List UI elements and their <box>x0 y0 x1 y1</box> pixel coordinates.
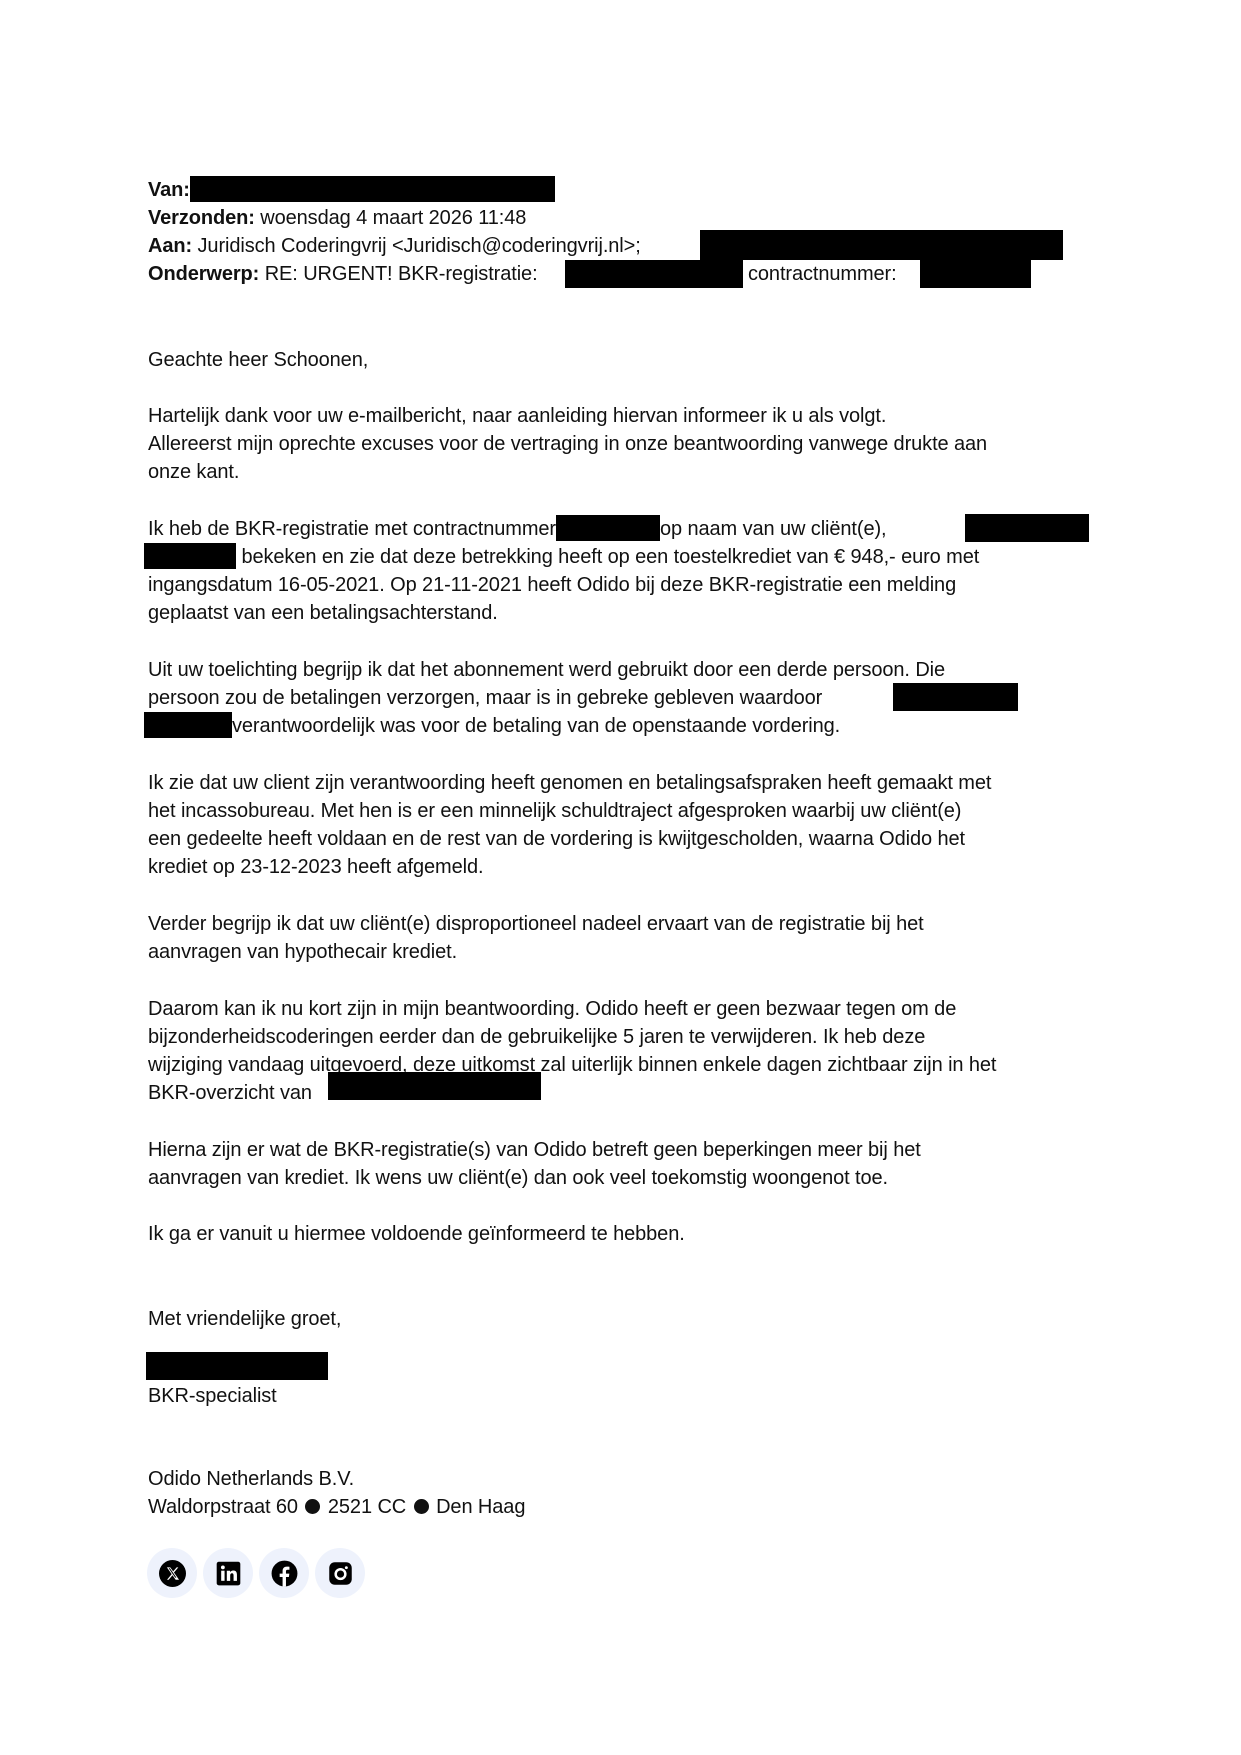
p6-line: Daarom kan ik nu kort zijn in mijn beant… <box>148 995 956 1023</box>
subject-line: Onderwerp: RE: URGENT! BKR-registratie: <box>148 260 538 288</box>
p7-line: Hierna zijn er wat de BKR-registratie(s)… <box>148 1136 921 1164</box>
sent-label: Verzonden: <box>148 207 255 229</box>
p6-line: BKR-overzicht van <box>148 1079 312 1107</box>
p4-line: Ik zie dat uw client zijn verantwoording… <box>148 769 991 797</box>
to-line: Aan: Juridisch Coderingvrij <Juridisch@c… <box>148 232 641 260</box>
p6-line: wijziging vandaag uitgevoerd, deze uitko… <box>148 1051 996 1079</box>
p2-line: geplaatst van een betalingsachterstand. <box>148 599 498 627</box>
redacted-signer-name <box>146 1352 328 1380</box>
signer-role: BKR-specialist <box>148 1382 277 1410</box>
p6-line: bijzonderheidscoderingen eerder dan de g… <box>148 1023 925 1051</box>
p2-text: bekeken en zie dat deze betrekking heeft… <box>236 546 979 568</box>
p8-line: Ik ga er vanuit u hiermee voldoende geïn… <box>148 1220 685 1248</box>
facebook-icon <box>271 1560 298 1587</box>
p3-line: persoon zou de betalingen verzorgen, maa… <box>148 684 822 712</box>
redacted-contract-number <box>920 260 1031 288</box>
address-city: Den Haag <box>436 1496 525 1518</box>
p2-line: ingangsdatum 16-05-2021. Op 21-11-2021 h… <box>148 571 956 599</box>
subject-value: RE: URGENT! BKR-registratie: <box>265 263 538 285</box>
instagram-icon <box>327 1560 354 1587</box>
closing: Met vriendelijke groet, <box>148 1305 341 1333</box>
p4-line: krediet op 23-12-2023 heeft afgemeld. <box>148 853 483 881</box>
redacted-contract-number <box>556 515 660 541</box>
p2-line: Ik heb de BKR-registratie met contractnu… <box>148 515 887 543</box>
p5-line: Verder begrijp ik dat uw cliënt(e) dispr… <box>148 910 924 938</box>
from-line: Van: <box>148 176 555 204</box>
p4-line: een gedeelte heeft voldaan en de rest va… <box>148 825 965 853</box>
bullet-icon <box>414 1499 429 1514</box>
p3-line: verantwoordelijk was voor de betaling va… <box>144 712 840 740</box>
sent-line: Verzonden: woensdag 4 maart 2026 11:48 <box>148 204 526 232</box>
p5-line: aanvragen van hypothecair krediet. <box>148 938 457 966</box>
p2-text: Ik heb de BKR-registratie met contractnu… <box>148 518 556 540</box>
p1-line: Hartelijk dank voor uw e-mailbericht, na… <box>148 402 886 430</box>
redacted-sender <box>190 176 555 202</box>
redacted-registration <box>565 260 743 288</box>
address-postcode: 2521 CC <box>328 1496 406 1518</box>
x-twitter-link[interactable] <box>147 1548 197 1598</box>
subject-contract-label: contractnummer: <box>748 260 897 288</box>
redacted-client-name <box>965 514 1089 542</box>
address-street: Waldorpstraat 60 <box>148 1496 298 1518</box>
p2-line: bekeken en zie dat deze betrekking heeft… <box>144 543 979 571</box>
to-value: Juridisch Coderingvrij <Juridisch@coderi… <box>198 235 641 257</box>
bullet-icon <box>305 1499 320 1514</box>
p7-line: aanvragen van krediet. Ik wens uw cliënt… <box>148 1164 888 1192</box>
p1-line: onze kant. <box>148 458 239 486</box>
company-address: Waldorpstraat 60 2521 CC Den Haag <box>148 1493 525 1521</box>
x-twitter-icon <box>159 1560 186 1587</box>
p6-text: BKR-overzicht van <box>148 1082 312 1104</box>
linkedin-link[interactable] <box>203 1548 253 1598</box>
from-label: Van: <box>148 179 190 201</box>
p1-line: Allereerst mijn oprechte excuses voor de… <box>148 430 987 458</box>
p3-text: persoon zou de betalingen verzorgen, maa… <box>148 687 822 709</box>
p3-text: verantwoordelijk was voor de betaling va… <box>232 715 840 737</box>
p4-line: het incassobureau. Met hen is er een min… <box>148 797 961 825</box>
p3-line: Uit uw toelichting begrijp ik dat het ab… <box>148 656 945 684</box>
p2-text: op naam van uw cliënt(e), <box>660 518 887 540</box>
redacted-client-name <box>144 712 232 738</box>
redacted-client-name <box>328 1072 541 1100</box>
redacted-recipient <box>700 230 1063 260</box>
social-links <box>147 1548 365 1598</box>
company-name: Odido Netherlands B.V. <box>148 1465 354 1493</box>
salutation: Geachte heer Schoonen, <box>148 346 368 374</box>
to-label: Aan: <box>148 235 192 257</box>
redacted-client-name <box>144 543 236 569</box>
sent-value: woensdag 4 maart 2026 11:48 <box>260 207 526 229</box>
redacted-client-name <box>893 683 1018 711</box>
subject-label: Onderwerp: <box>148 263 259 285</box>
instagram-link[interactable] <box>315 1548 365 1598</box>
linkedin-icon <box>215 1560 242 1587</box>
facebook-link[interactable] <box>259 1548 309 1598</box>
